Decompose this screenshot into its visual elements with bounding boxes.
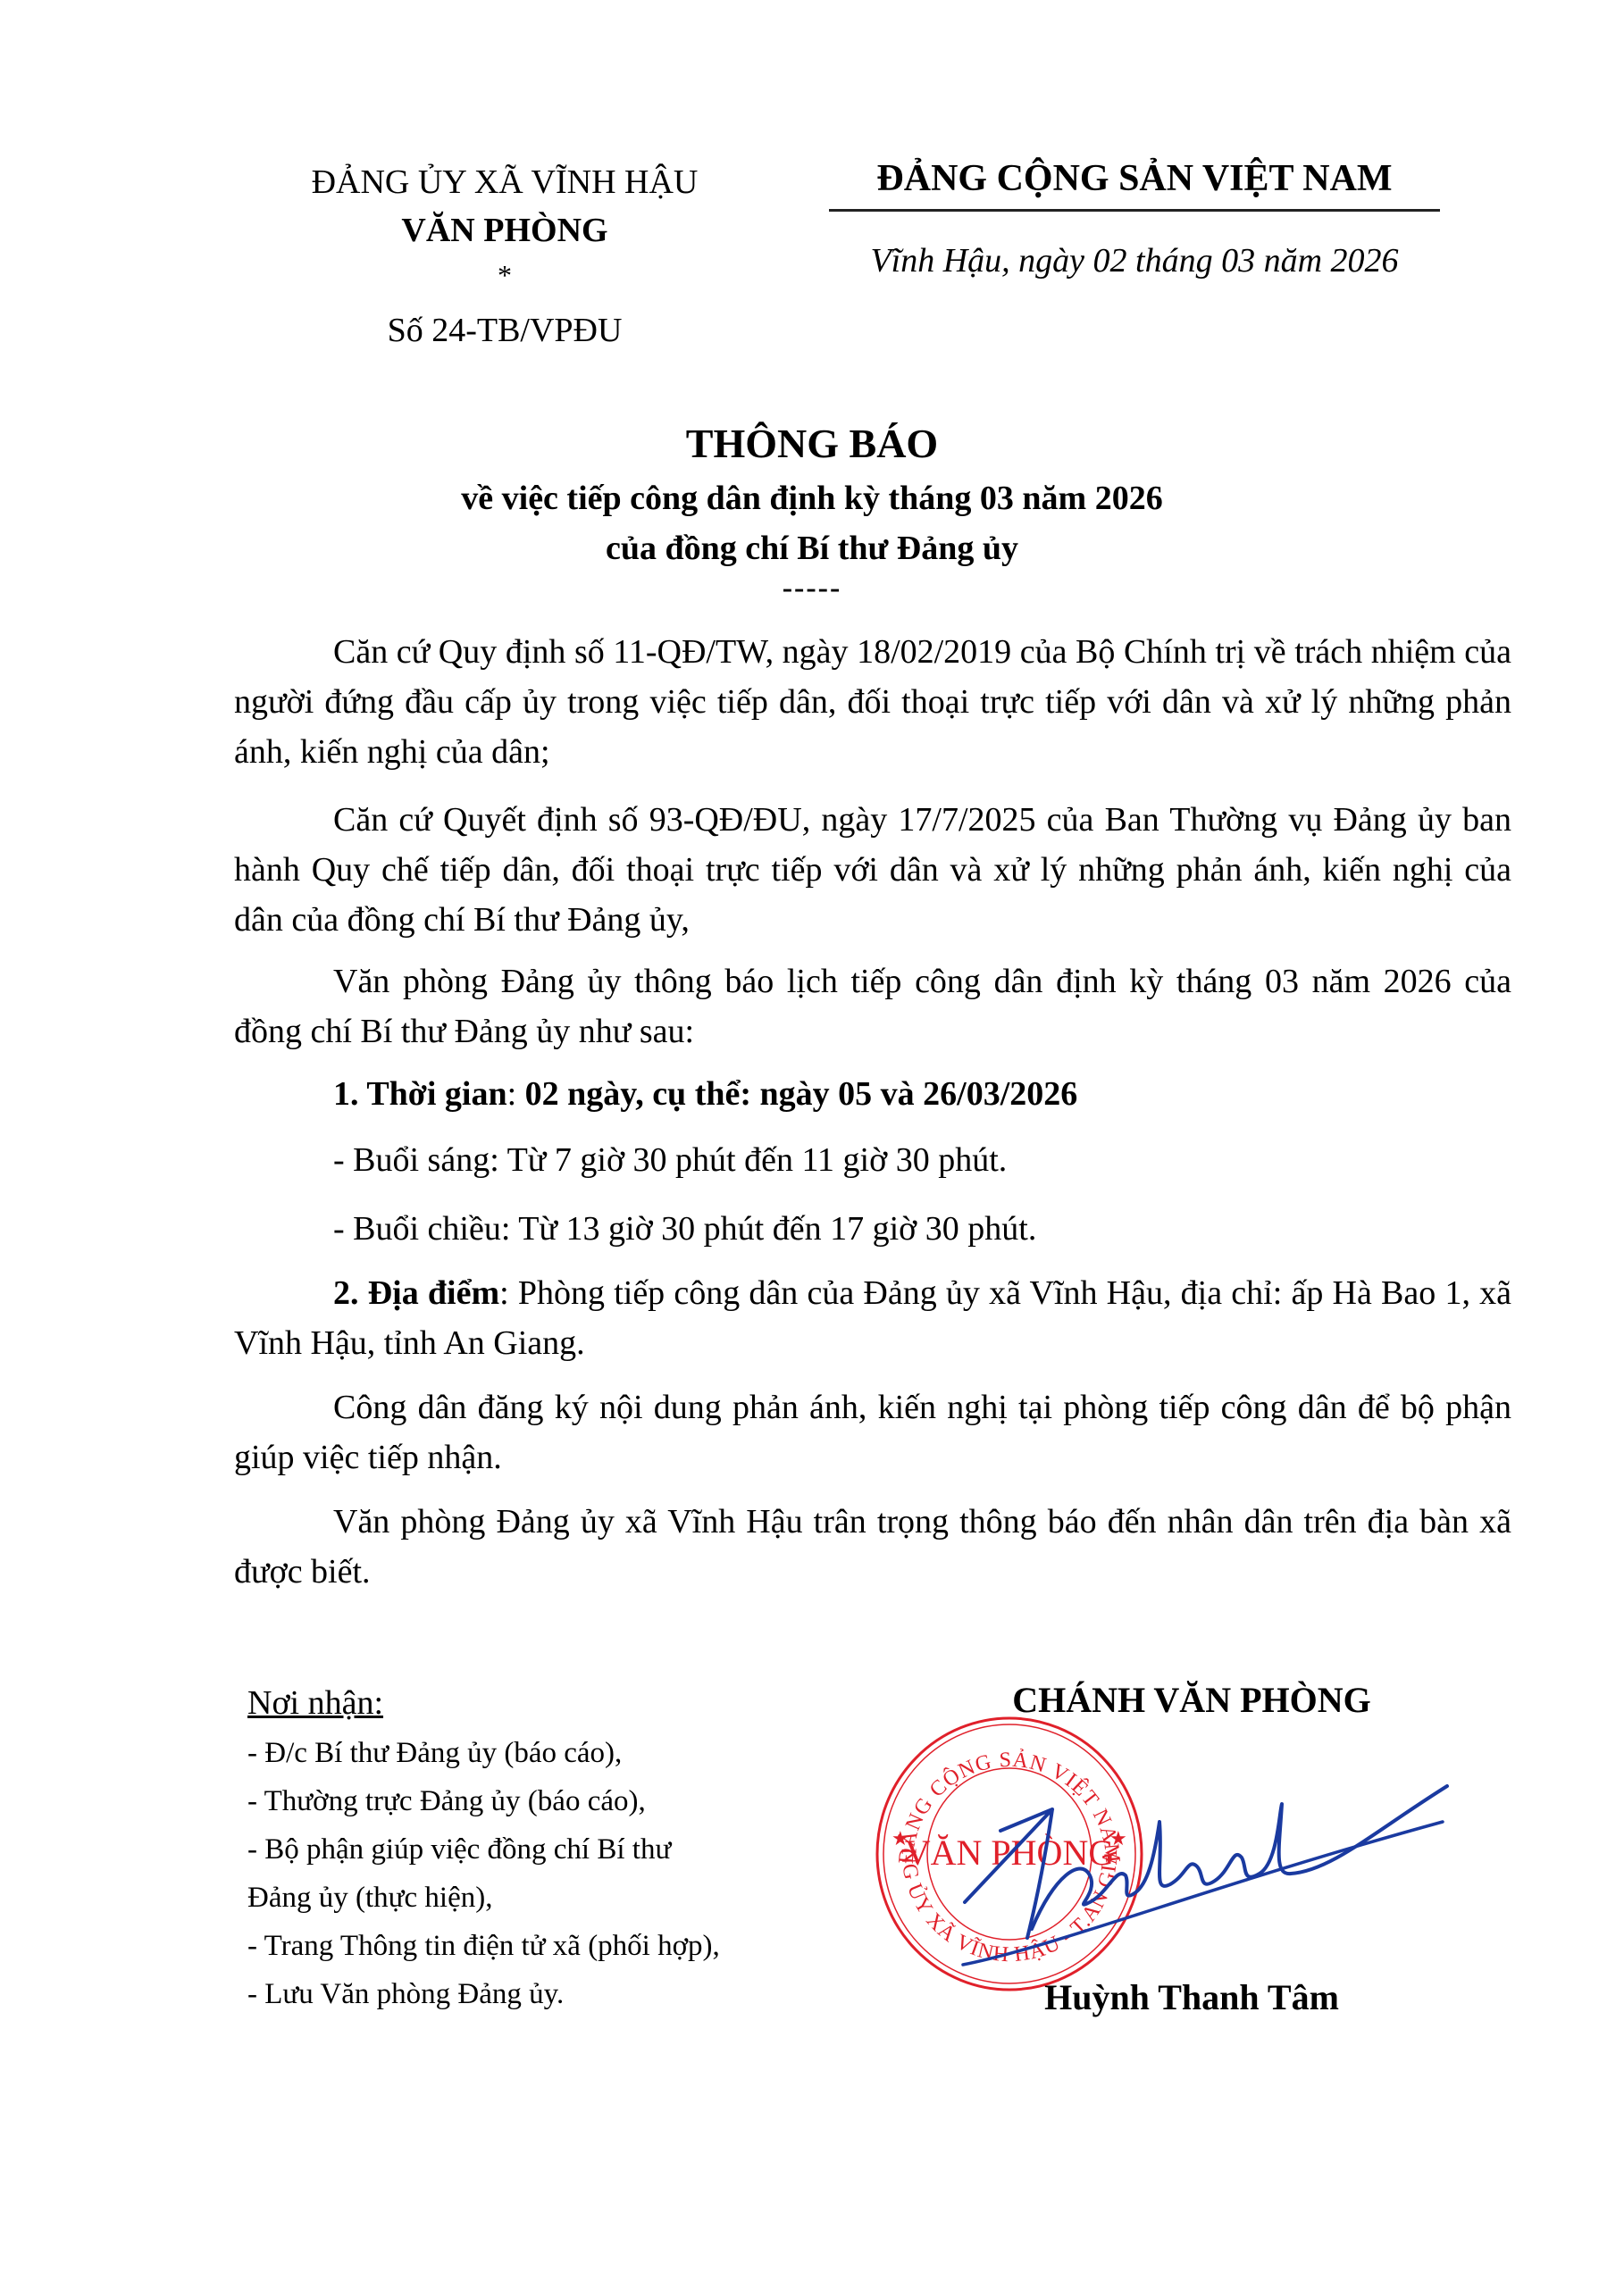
closing-paragraph: Văn phòng Đảng ủy xã Vĩnh Hậu trân trọng… bbox=[234, 1497, 1511, 1597]
location-separator: : bbox=[499, 1274, 518, 1312]
legal-basis-paragraph-1: Căn cứ Quy định số 11-QĐ/TW, ngày 18/02/… bbox=[234, 627, 1511, 777]
issuing-org-name: VĂN PHÒNG bbox=[265, 211, 744, 250]
recipient-item: - Lưu Văn phòng Đảng ủy. bbox=[247, 1970, 873, 2018]
star-separator: * bbox=[265, 259, 744, 292]
legal-basis-paragraph-2: Căn cứ Quyết định số 93-QĐ/ĐU, ngày 17/7… bbox=[234, 795, 1511, 945]
morning-schedule: - Buổi sáng: Từ 7 giờ 30 phút đến 11 giờ… bbox=[234, 1135, 1511, 1185]
document-title: THÔNG BÁO bbox=[0, 420, 1624, 467]
afternoon-schedule: - Buổi chiều: Từ 13 giờ 30 phút đến 17 g… bbox=[234, 1204, 1511, 1254]
document-number: Số 24-TB/VPĐU bbox=[265, 311, 744, 350]
handwritten-signature bbox=[947, 1724, 1465, 2000]
recipient-item: Đảng ủy (thực hiện), bbox=[247, 1874, 873, 1922]
star-icon: ★ bbox=[892, 1827, 909, 1849]
time-separator: : bbox=[507, 1075, 525, 1113]
time-section: 1. Thời gian: 02 ngày, cụ thể: ngày 05 v… bbox=[234, 1069, 1511, 1119]
location-label: 2. Địa điểm bbox=[333, 1274, 499, 1312]
place-and-date: Vĩnh Hậu, ngày 02 tháng 03 năm 2026 bbox=[786, 241, 1483, 280]
document-subtitle-line-2: của đồng chí Bí thư Đảng ủy bbox=[0, 529, 1624, 568]
recipient-item: - Thường trực Đảng ủy (báo cáo), bbox=[247, 1777, 873, 1825]
party-name-heading: ĐẢNG CỘNG SẢN VIỆT NAM bbox=[804, 157, 1465, 200]
recipients-block: Nơi nhận: - Đ/c Bí thư Đảng ủy (báo cáo)… bbox=[247, 1679, 873, 2018]
registration-paragraph: Công dân đăng ký nội dung phản ánh, kiến… bbox=[234, 1382, 1511, 1482]
document-subtitle-line-1: về việc tiếp công dân định kỳ tháng 03 n… bbox=[0, 479, 1624, 518]
recipient-item: - Trang Thông tin điện tử xã (phối hợp), bbox=[247, 1922, 873, 1970]
issuing-org-parent: ĐẢNG ỦY XÃ VĨNH HẬU bbox=[265, 163, 744, 202]
recipients-title: Nơi nhận: bbox=[247, 1679, 873, 1727]
time-label: 1. Thời gian bbox=[333, 1075, 507, 1113]
time-value: 02 ngày, cụ thể: ngày 05 và 26/03/2026 bbox=[525, 1075, 1078, 1113]
announcement-intro-paragraph: Văn phòng Đảng ủy thông báo lịch tiếp cô… bbox=[234, 956, 1511, 1056]
recipient-item: - Bộ phận giúp việc đồng chí Bí thư bbox=[247, 1825, 873, 1874]
signer-name: Huỳnh Thanh Tâm bbox=[947, 1976, 1436, 2018]
heading-underline bbox=[829, 209, 1440, 212]
location-section: 2. Địa điểm: Phòng tiếp công dân của Đản… bbox=[234, 1268, 1511, 1368]
recipient-item: - Đ/c Bí thư Đảng ủy (báo cáo), bbox=[247, 1729, 873, 1777]
title-divider: ----- bbox=[0, 572, 1624, 605]
